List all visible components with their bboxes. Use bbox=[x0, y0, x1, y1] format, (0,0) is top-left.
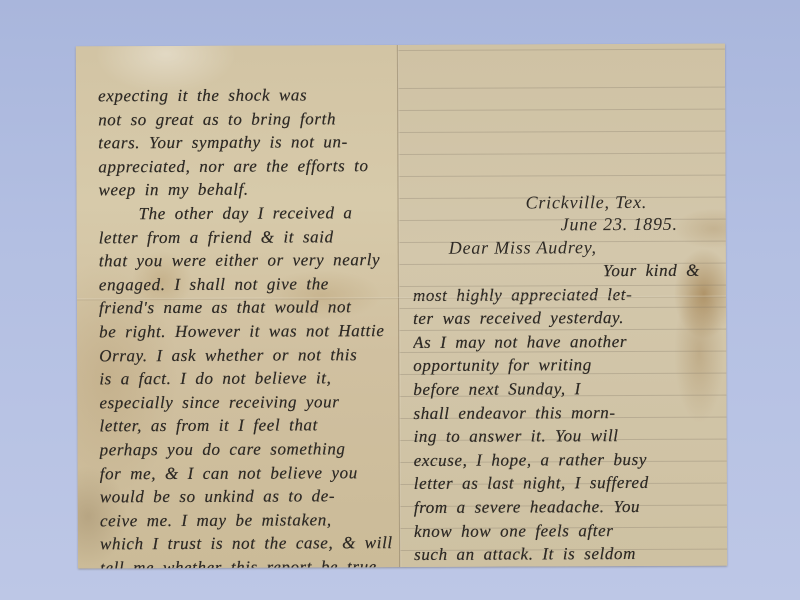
letter-left-page: expecting it the shock was not so great … bbox=[76, 45, 400, 568]
text-line: is a fact. I do not believe it, bbox=[99, 366, 393, 391]
text-line: from a severe headache. You bbox=[414, 495, 721, 520]
text-line: weep in my behalf. bbox=[98, 177, 392, 202]
text-line: excuse, I hope, a rather busy bbox=[414, 447, 721, 472]
text-line: Orray. I ask whether or not this bbox=[99, 343, 393, 368]
text-line: letter from a friend & it said bbox=[99, 225, 393, 250]
text-line: would be so unkind as to de- bbox=[100, 484, 394, 509]
text-line: letter, as from it I feel that bbox=[99, 413, 393, 438]
text-line: ceive me. I may be mistaken, bbox=[100, 508, 394, 533]
text-line: that you were either or very nearly bbox=[99, 248, 393, 273]
text-line: which I trust is not the case, & will yo… bbox=[100, 531, 394, 556]
text-line: ter was received yesterday. bbox=[413, 306, 720, 331]
text-line: for me, & I can not believe you bbox=[100, 461, 394, 486]
text-line: letter as last night, I suffered bbox=[414, 471, 721, 496]
text-line: not so great as to bring forth bbox=[98, 107, 392, 132]
letter-salutation: Dear Miss Audrey, bbox=[449, 237, 597, 259]
text-line: be right. However it was not Hattie bbox=[99, 319, 393, 344]
letter-right-page: Crickville, Tex. June 23. 1895. Dear Mis… bbox=[398, 44, 727, 567]
text-line: most highly appreciated let- bbox=[413, 282, 720, 307]
text-line: As I may not have another bbox=[413, 329, 720, 354]
right-page-text: Your kind & most highly appreciated let-… bbox=[413, 259, 721, 567]
letter-date: June 23. 1895. bbox=[561, 214, 678, 236]
text-line: engaged. I shall not give the bbox=[99, 272, 393, 297]
text-line: expecting it the shock was bbox=[98, 83, 392, 108]
text-line: shall endeavor this morn- bbox=[413, 400, 720, 425]
left-page-text: expecting it the shock was not so great … bbox=[98, 83, 394, 568]
text-line: The other day I received a bbox=[99, 201, 393, 226]
letter-place: Crickville, Tex. bbox=[526, 192, 648, 214]
text-line: opportunity for writing bbox=[413, 353, 720, 378]
text-line: Your kind & bbox=[413, 259, 720, 284]
letter-sheet: expecting it the shock was not so great … bbox=[76, 44, 727, 569]
text-line: appreciated, nor are the efforts to bbox=[98, 154, 392, 179]
text-line: tell me whether this report be true bbox=[100, 555, 394, 569]
text-line: tears. Your sympathy is not un- bbox=[98, 130, 392, 155]
text-line: ing to answer it. You will bbox=[414, 424, 721, 449]
text-line: especially since receiving your bbox=[99, 390, 393, 415]
text-line: such an attack. It is seldom bbox=[414, 542, 721, 567]
text-line: know how one feels after bbox=[414, 518, 721, 543]
text-line: before next Sunday, I bbox=[413, 377, 720, 402]
text-line: perhaps you do care something bbox=[100, 437, 394, 462]
